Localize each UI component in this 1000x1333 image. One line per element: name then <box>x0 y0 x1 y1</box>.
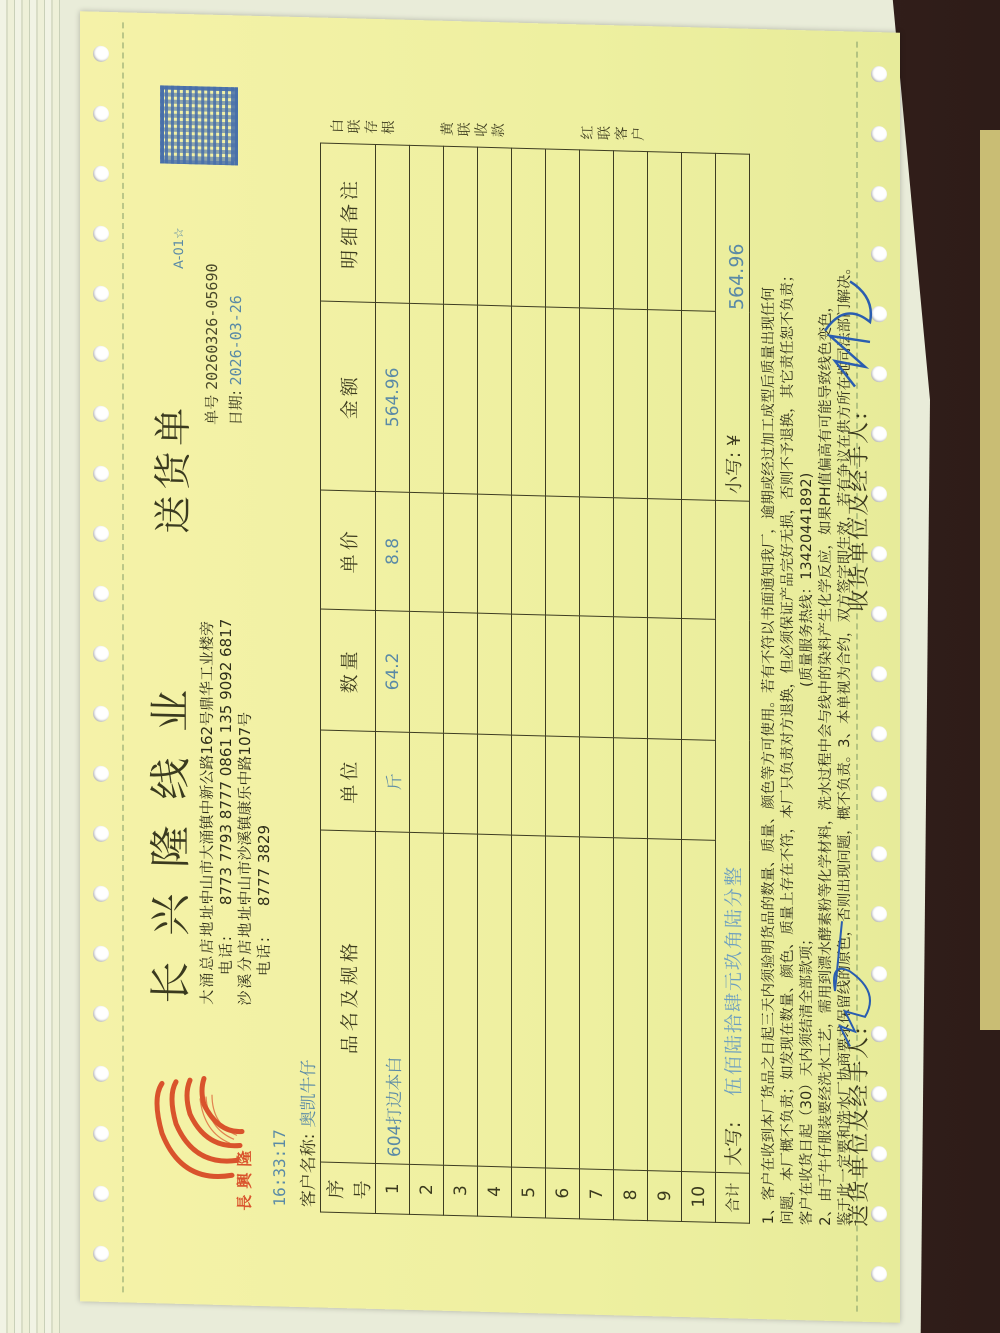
delivery-note-sheet: 長興隆 长兴隆线业 送货单 大涌总店地址:中山市大涌镇中新公路162号鼎华工业楼… <box>80 11 900 1322</box>
company-addresses: 大涌总店地址:中山市大涌镇中新公路162号鼎华工业楼旁 电话:8773 7793… <box>198 618 274 1006</box>
row-unit <box>512 734 546 835</box>
row-amount <box>682 310 716 499</box>
copy-label-white: 白联存根 <box>330 114 398 134</box>
row-seq: 7 <box>580 1168 614 1219</box>
row-amount <box>512 306 546 495</box>
row-name <box>410 832 444 1164</box>
branch-office-label: 沙溪分店地址: <box>236 905 255 1005</box>
branch-office-phones: 8777 3829 <box>255 824 273 906</box>
row-unit <box>580 736 614 837</box>
row-amount <box>546 307 580 496</box>
row-price <box>478 493 512 614</box>
row-note <box>580 149 614 308</box>
row-amount: 564.96 <box>376 302 410 491</box>
total-row: 合计 大写: 伍佰陆拾肆元玖角陆分整 小写: ¥ 564.96 <box>716 153 750 1223</box>
terms-line: 1、客户在收到本厂货品之日起三天内须验明货品的数量、质量、颜色等方可使用。若有不… <box>760 134 779 1224</box>
total-capital: 大写: 伍佰陆拾肆元玖角陆分整 <box>716 499 750 1172</box>
table-row: 7 <box>580 149 614 1219</box>
head-office-label: 大涌总店地址: <box>198 904 217 1004</box>
row-name <box>648 838 682 1170</box>
perforation-top <box>122 22 124 1292</box>
head-office-address: 中山市大涌镇中新公路162号鼎华工业楼旁 <box>198 620 216 904</box>
row-amount <box>478 305 512 494</box>
branch-office-phone-label: 电话: <box>255 905 274 975</box>
row-note <box>478 147 512 306</box>
row-qty <box>512 614 546 735</box>
row-price <box>546 495 580 616</box>
date-label: 日期: <box>227 390 245 426</box>
row-price <box>614 497 648 618</box>
row-note <box>444 146 478 305</box>
row-amount <box>410 303 444 492</box>
row-unit <box>648 738 682 839</box>
branch-office-address: 中山市沙溪镇康乐中路107号 <box>236 711 254 905</box>
row-price <box>410 491 444 612</box>
row-seq: 3 <box>444 1164 478 1215</box>
logo-text: 長興隆 <box>232 1144 255 1211</box>
customer-name: 奥凯牛仔 <box>299 1059 319 1128</box>
adjacent-pad <box>980 130 1000 1030</box>
row-price <box>580 496 614 617</box>
table-row: 9 <box>648 151 682 1221</box>
row-qty <box>580 616 614 737</box>
order-no-label: 单号 <box>203 394 221 424</box>
row-name <box>444 833 478 1165</box>
row-seq: 9 <box>648 1170 682 1221</box>
row-unit <box>478 733 512 834</box>
row-note <box>512 148 546 307</box>
qr-code-icon <box>160 85 238 165</box>
row-qty <box>682 618 716 739</box>
row-seq: 6 <box>546 1167 580 1218</box>
order-no: 20260326-05690 <box>203 263 221 390</box>
row-price: 8.8 <box>376 491 410 612</box>
row-unit <box>614 737 648 838</box>
delivery-note-photo: 長興隆 长兴隆线业 送货单 大涌总店地址:中山市大涌镇中新公路162号鼎华工业楼… <box>60 0 920 1333</box>
capital-amount: 伍佰陆拾肆元玖角陆分整 <box>723 864 745 1096</box>
head-office-phone-label: 电话: <box>217 904 236 974</box>
col-seq: 序号 <box>321 1161 376 1213</box>
row-amount <box>648 309 682 498</box>
receiver-signature-icon <box>815 270 885 392</box>
row-qty <box>546 615 580 736</box>
copy-label-yellow: 黄联收款 <box>440 117 508 137</box>
row-unit: 斤 <box>376 731 410 832</box>
row-price <box>512 494 546 615</box>
row-price <box>682 499 716 620</box>
capital-label: 大写: <box>723 1121 745 1166</box>
table-row: 10 <box>682 152 716 1222</box>
row-note <box>682 152 716 311</box>
table-row: 3 <box>444 146 478 1216</box>
row-note <box>376 144 410 303</box>
row-seq: 4 <box>478 1165 512 1216</box>
col-name: 品名及规格 <box>321 830 376 1163</box>
table-row: 8 <box>614 150 648 1220</box>
table-header-row: 序号 品名及规格 单位 数量 单价 金额 明细备注 <box>321 143 376 1213</box>
total-small: 小写: ¥ 564.96 <box>716 153 750 500</box>
row-amount <box>580 308 614 497</box>
row-name <box>512 835 546 1167</box>
row-note <box>648 151 682 310</box>
row-amount <box>614 308 648 497</box>
order-meta: 单号 20260326-05690 日期: 2026-03-26 <box>200 263 248 425</box>
row-unit <box>682 739 716 840</box>
row-seq: 1 <box>376 1163 410 1214</box>
col-note: 明细备注 <box>321 143 376 303</box>
row-unit <box>546 735 580 836</box>
col-price: 单价 <box>321 489 376 610</box>
row-unit <box>444 732 478 833</box>
total-label: 合计 <box>716 1171 750 1222</box>
customer-field: 客户名称:奥凯牛仔 <box>294 1059 319 1207</box>
table-row: 1 604打边本白 斤 64.2 8.8 564.96 <box>376 144 410 1214</box>
row-qty: 64.2 <box>376 610 410 731</box>
terms-line: 问题，本厂概不负责；如发现在数量、颜色、质量上存在不符，本厂只负责对方退换，但必… <box>779 134 798 1224</box>
sender-signature-icon <box>820 910 880 1052</box>
form-copy-code: A-01☆ <box>172 227 187 269</box>
row-name <box>682 839 716 1171</box>
copy-label-red: 红联客户 <box>580 121 648 141</box>
row-qty <box>648 617 682 738</box>
row-price <box>444 492 478 613</box>
table-row: 6 <box>546 148 580 1218</box>
paper-stack-edge <box>0 0 60 1333</box>
col-qty: 数量 <box>321 609 376 731</box>
items-table: 序号 品名及规格 单位 数量 单价 金额 明细备注 1 604打边本白 斤 64… <box>320 142 750 1223</box>
row-qty <box>410 611 444 732</box>
print-time: 16:33:17 <box>270 1129 289 1207</box>
row-price <box>648 498 682 619</box>
row-note <box>614 150 648 309</box>
small-label: 小写: ¥ <box>724 434 745 494</box>
row-note <box>410 145 444 304</box>
head-office-phones: 8773 7793 8777 0861 135 9092 6817 <box>217 618 235 905</box>
col-unit: 单位 <box>321 729 376 831</box>
table-row: 5 <box>512 148 546 1218</box>
row-qty <box>478 613 512 734</box>
row-qty <box>444 612 478 733</box>
row-name <box>478 834 512 1166</box>
small-amount: 564.96 <box>726 243 748 310</box>
row-unit <box>410 731 444 832</box>
table-row: 2 <box>410 145 444 1215</box>
row-qty <box>614 617 648 738</box>
table-row: 4 <box>478 147 512 1217</box>
company-name: 长兴隆线业 <box>138 662 198 1004</box>
tractor-holes-top <box>86 11 116 1302</box>
col-amount: 金额 <box>321 301 376 491</box>
row-seq: 8 <box>614 1169 648 1220</box>
row-seq: 10 <box>682 1171 716 1222</box>
order-date: 2026-03-26 <box>227 294 245 385</box>
sender-signature-label: 送货单位及经手人: <box>842 1024 873 1226</box>
row-name <box>580 836 614 1168</box>
row-amount <box>444 304 478 493</box>
receiver-signature-label: 收货单位及经手人: <box>842 409 873 611</box>
row-name <box>614 837 648 1169</box>
row-note <box>546 148 580 307</box>
row-seq: 2 <box>410 1163 444 1214</box>
row-name <box>546 835 580 1167</box>
row-name: 604打边本白 <box>376 831 410 1163</box>
document-type-title: 送货单 <box>142 400 197 533</box>
customer-label: 客户名称: <box>299 1133 319 1207</box>
row-seq: 5 <box>512 1166 546 1217</box>
